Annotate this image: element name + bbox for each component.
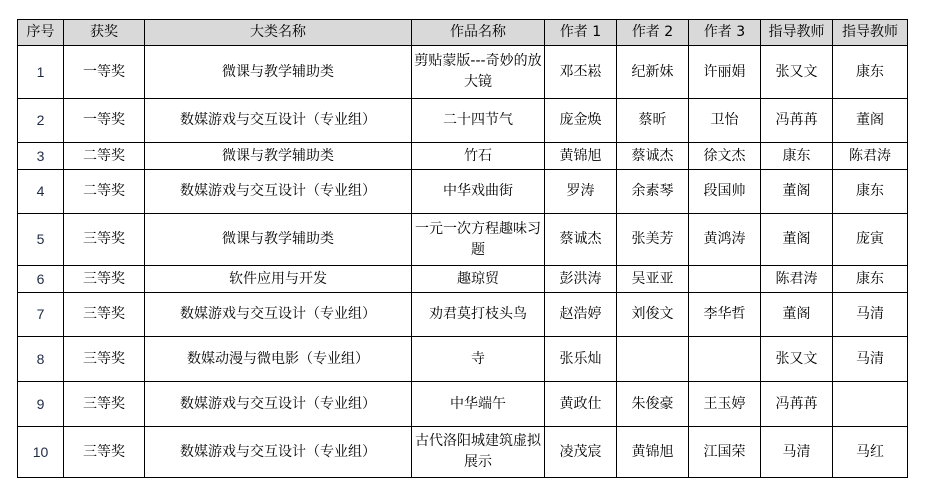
cell-work: 一元一次方程趣味习题	[412, 214, 545, 266]
cell-author1: 张乐灿	[545, 337, 617, 382]
cell-category: 软件应用与开发	[145, 266, 412, 293]
cell-author1: 庞金焕	[545, 99, 617, 143]
cell-category: 数媒游戏与交互设计（专业组）	[145, 427, 412, 478]
cell-award: 二等奖	[64, 170, 145, 214]
cell-advisor1: 董阁	[761, 293, 833, 337]
cell-author1: 赵浩婷	[545, 293, 617, 337]
cell-no: 1	[18, 46, 64, 99]
cell-no: 4	[18, 170, 64, 214]
cell-work: 趣琼贸	[412, 266, 545, 293]
cell-award: 三等奖	[64, 337, 145, 382]
cell-no: 8	[18, 337, 64, 382]
cell-no: 5	[18, 214, 64, 266]
cell-no: 10	[18, 427, 64, 478]
cell-author1: 蔡诚杰	[545, 214, 617, 266]
cell-author2: 蔡诚杰	[617, 143, 689, 170]
table-row: 8 三等奖 数媒动漫与微电影（专业组） 寺 张乐灿 张又文 马清	[18, 337, 908, 382]
cell-award: 二等奖	[64, 143, 145, 170]
table-row: 4 二等奖 数媒游戏与交互设计（专业组） 中华戏曲街 罗涛 余素琴 段国帅 董阁…	[18, 170, 908, 214]
table-row: 6 三等奖 软件应用与开发 趣琼贸 彭洪涛 吴亚亚 陈君涛 康东	[18, 266, 908, 293]
cell-advisor1: 康东	[761, 143, 833, 170]
cell-advisor2: 陈君涛	[833, 143, 908, 170]
table-row: 9 三等奖 数媒游戏与交互设计（专业组） 中华端午 黄政仕 朱俊豪 王玉婷 冯苒…	[18, 382, 908, 427]
cell-author3: 王玉婷	[689, 382, 761, 427]
cell-category: 数媒游戏与交互设计（专业组）	[145, 382, 412, 427]
cell-advisor2: 马红	[833, 427, 908, 478]
cell-category: 数媒游戏与交互设计（专业组）	[145, 293, 412, 337]
cell-author2: 纪新妹	[617, 46, 689, 99]
table-row: 10 三等奖 数媒游戏与交互设计（专业组） 古代洛阳城建筑虚拟展示 凌茂宸 黄锦…	[18, 427, 908, 478]
header-author1: 作者 1	[545, 20, 617, 46]
cell-author3	[689, 337, 761, 382]
cell-author3: 徐文杰	[689, 143, 761, 170]
header-advisor1: 指导教师	[761, 20, 833, 46]
table-row: 3 二等奖 微课与教学辅助类 竹石 黄锦旭 蔡诚杰 徐文杰 康东 陈君涛	[18, 143, 908, 170]
cell-award: 三等奖	[64, 427, 145, 478]
header-author3: 作者 3	[689, 20, 761, 46]
cell-author2: 吴亚亚	[617, 266, 689, 293]
cell-advisor1: 冯苒苒	[761, 99, 833, 143]
cell-advisor2	[833, 382, 908, 427]
cell-category: 数媒动漫与微电影（专业组）	[145, 337, 412, 382]
cell-advisor1: 董阁	[761, 214, 833, 266]
cell-award: 一等奖	[64, 99, 145, 143]
cell-author3: 黄鸿涛	[689, 214, 761, 266]
cell-work: 中华戏曲街	[412, 170, 545, 214]
cell-no: 2	[18, 99, 64, 143]
table-row: 2 一等奖 数媒游戏与交互设计（专业组） 二十四节气 庞金焕 蔡昕 卫怡 冯苒苒…	[18, 99, 908, 143]
cell-author3	[689, 266, 761, 293]
header-no: 序号	[18, 20, 64, 46]
header-advisor2: 指导教师	[833, 20, 908, 46]
cell-advisor2: 马清	[833, 293, 908, 337]
cell-author2: 朱俊豪	[617, 382, 689, 427]
cell-category: 微课与教学辅助类	[145, 214, 412, 266]
cell-work: 劝君莫打枝头鸟	[412, 293, 545, 337]
cell-work: 中华端午	[412, 382, 545, 427]
table-row: 5 三等奖 微课与教学辅助类 一元一次方程趣味习题 蔡诚杰 张美芳 黄鸿涛 董阁…	[18, 214, 908, 266]
cell-category: 微课与教学辅助类	[145, 46, 412, 99]
header-award: 获奖	[64, 20, 145, 46]
cell-advisor2: 康东	[833, 266, 908, 293]
table-row: 1 一等奖 微课与教学辅助类 剪贴蒙版---奇妙的放大镜 邓丕崧 纪新妹 许丽娟…	[18, 46, 908, 99]
cell-author3: 许丽娟	[689, 46, 761, 99]
cell-no: 9	[18, 382, 64, 427]
cell-author2	[617, 337, 689, 382]
cell-advisor1: 张又文	[761, 337, 833, 382]
cell-author1: 黄锦旭	[545, 143, 617, 170]
cell-author2: 余素琴	[617, 170, 689, 214]
cell-author1: 彭洪涛	[545, 266, 617, 293]
cell-author3: 卫怡	[689, 99, 761, 143]
cell-author1: 黄政仕	[545, 382, 617, 427]
cell-advisor2: 马清	[833, 337, 908, 382]
cell-award: 一等奖	[64, 46, 145, 99]
cell-author2: 黄锦旭	[617, 427, 689, 478]
header-row: 序号 获奖 大类名称 作品名称 作者 1 作者 2 作者 3 指导教师 指导教师	[18, 20, 908, 46]
cell-advisor2: 庞寅	[833, 214, 908, 266]
cell-advisor1: 冯苒苒	[761, 382, 833, 427]
awards-table: 序号 获奖 大类名称 作品名称 作者 1 作者 2 作者 3 指导教师 指导教师…	[17, 19, 908, 478]
cell-category: 数媒游戏与交互设计（专业组）	[145, 170, 412, 214]
cell-author2: 刘俊文	[617, 293, 689, 337]
cell-award: 三等奖	[64, 382, 145, 427]
cell-advisor1: 张又文	[761, 46, 833, 99]
cell-no: 6	[18, 266, 64, 293]
cell-author3: 李华哲	[689, 293, 761, 337]
cell-work: 二十四节气	[412, 99, 545, 143]
cell-award: 三等奖	[64, 214, 145, 266]
cell-author3: 段国帅	[689, 170, 761, 214]
cell-author3: 江国荣	[689, 427, 761, 478]
cell-advisor2: 康东	[833, 170, 908, 214]
cell-advisor2: 董阁	[833, 99, 908, 143]
cell-no: 3	[18, 143, 64, 170]
cell-work: 寺	[412, 337, 545, 382]
cell-advisor1: 董阁	[761, 170, 833, 214]
cell-author2: 蔡昕	[617, 99, 689, 143]
cell-work: 古代洛阳城建筑虚拟展示	[412, 427, 545, 478]
cell-author1: 邓丕崧	[545, 46, 617, 99]
cell-advisor1: 陈君涛	[761, 266, 833, 293]
header-work: 作品名称	[412, 20, 545, 46]
cell-advisor2: 康东	[833, 46, 908, 99]
cell-author2: 张美芳	[617, 214, 689, 266]
cell-work: 竹石	[412, 143, 545, 170]
cell-advisor1: 马清	[761, 427, 833, 478]
cell-no: 7	[18, 293, 64, 337]
cell-category: 微课与教学辅助类	[145, 143, 412, 170]
cell-author1: 罗涛	[545, 170, 617, 214]
header-category: 大类名称	[145, 20, 412, 46]
table-row: 7 三等奖 数媒游戏与交互设计（专业组） 劝君莫打枝头鸟 赵浩婷 刘俊文 李华哲…	[18, 293, 908, 337]
cell-award: 三等奖	[64, 293, 145, 337]
cell-author1: 凌茂宸	[545, 427, 617, 478]
cell-award: 三等奖	[64, 266, 145, 293]
cell-work: 剪贴蒙版---奇妙的放大镜	[412, 46, 545, 99]
header-author2: 作者 2	[617, 20, 689, 46]
cell-category: 数媒游戏与交互设计（专业组）	[145, 99, 412, 143]
